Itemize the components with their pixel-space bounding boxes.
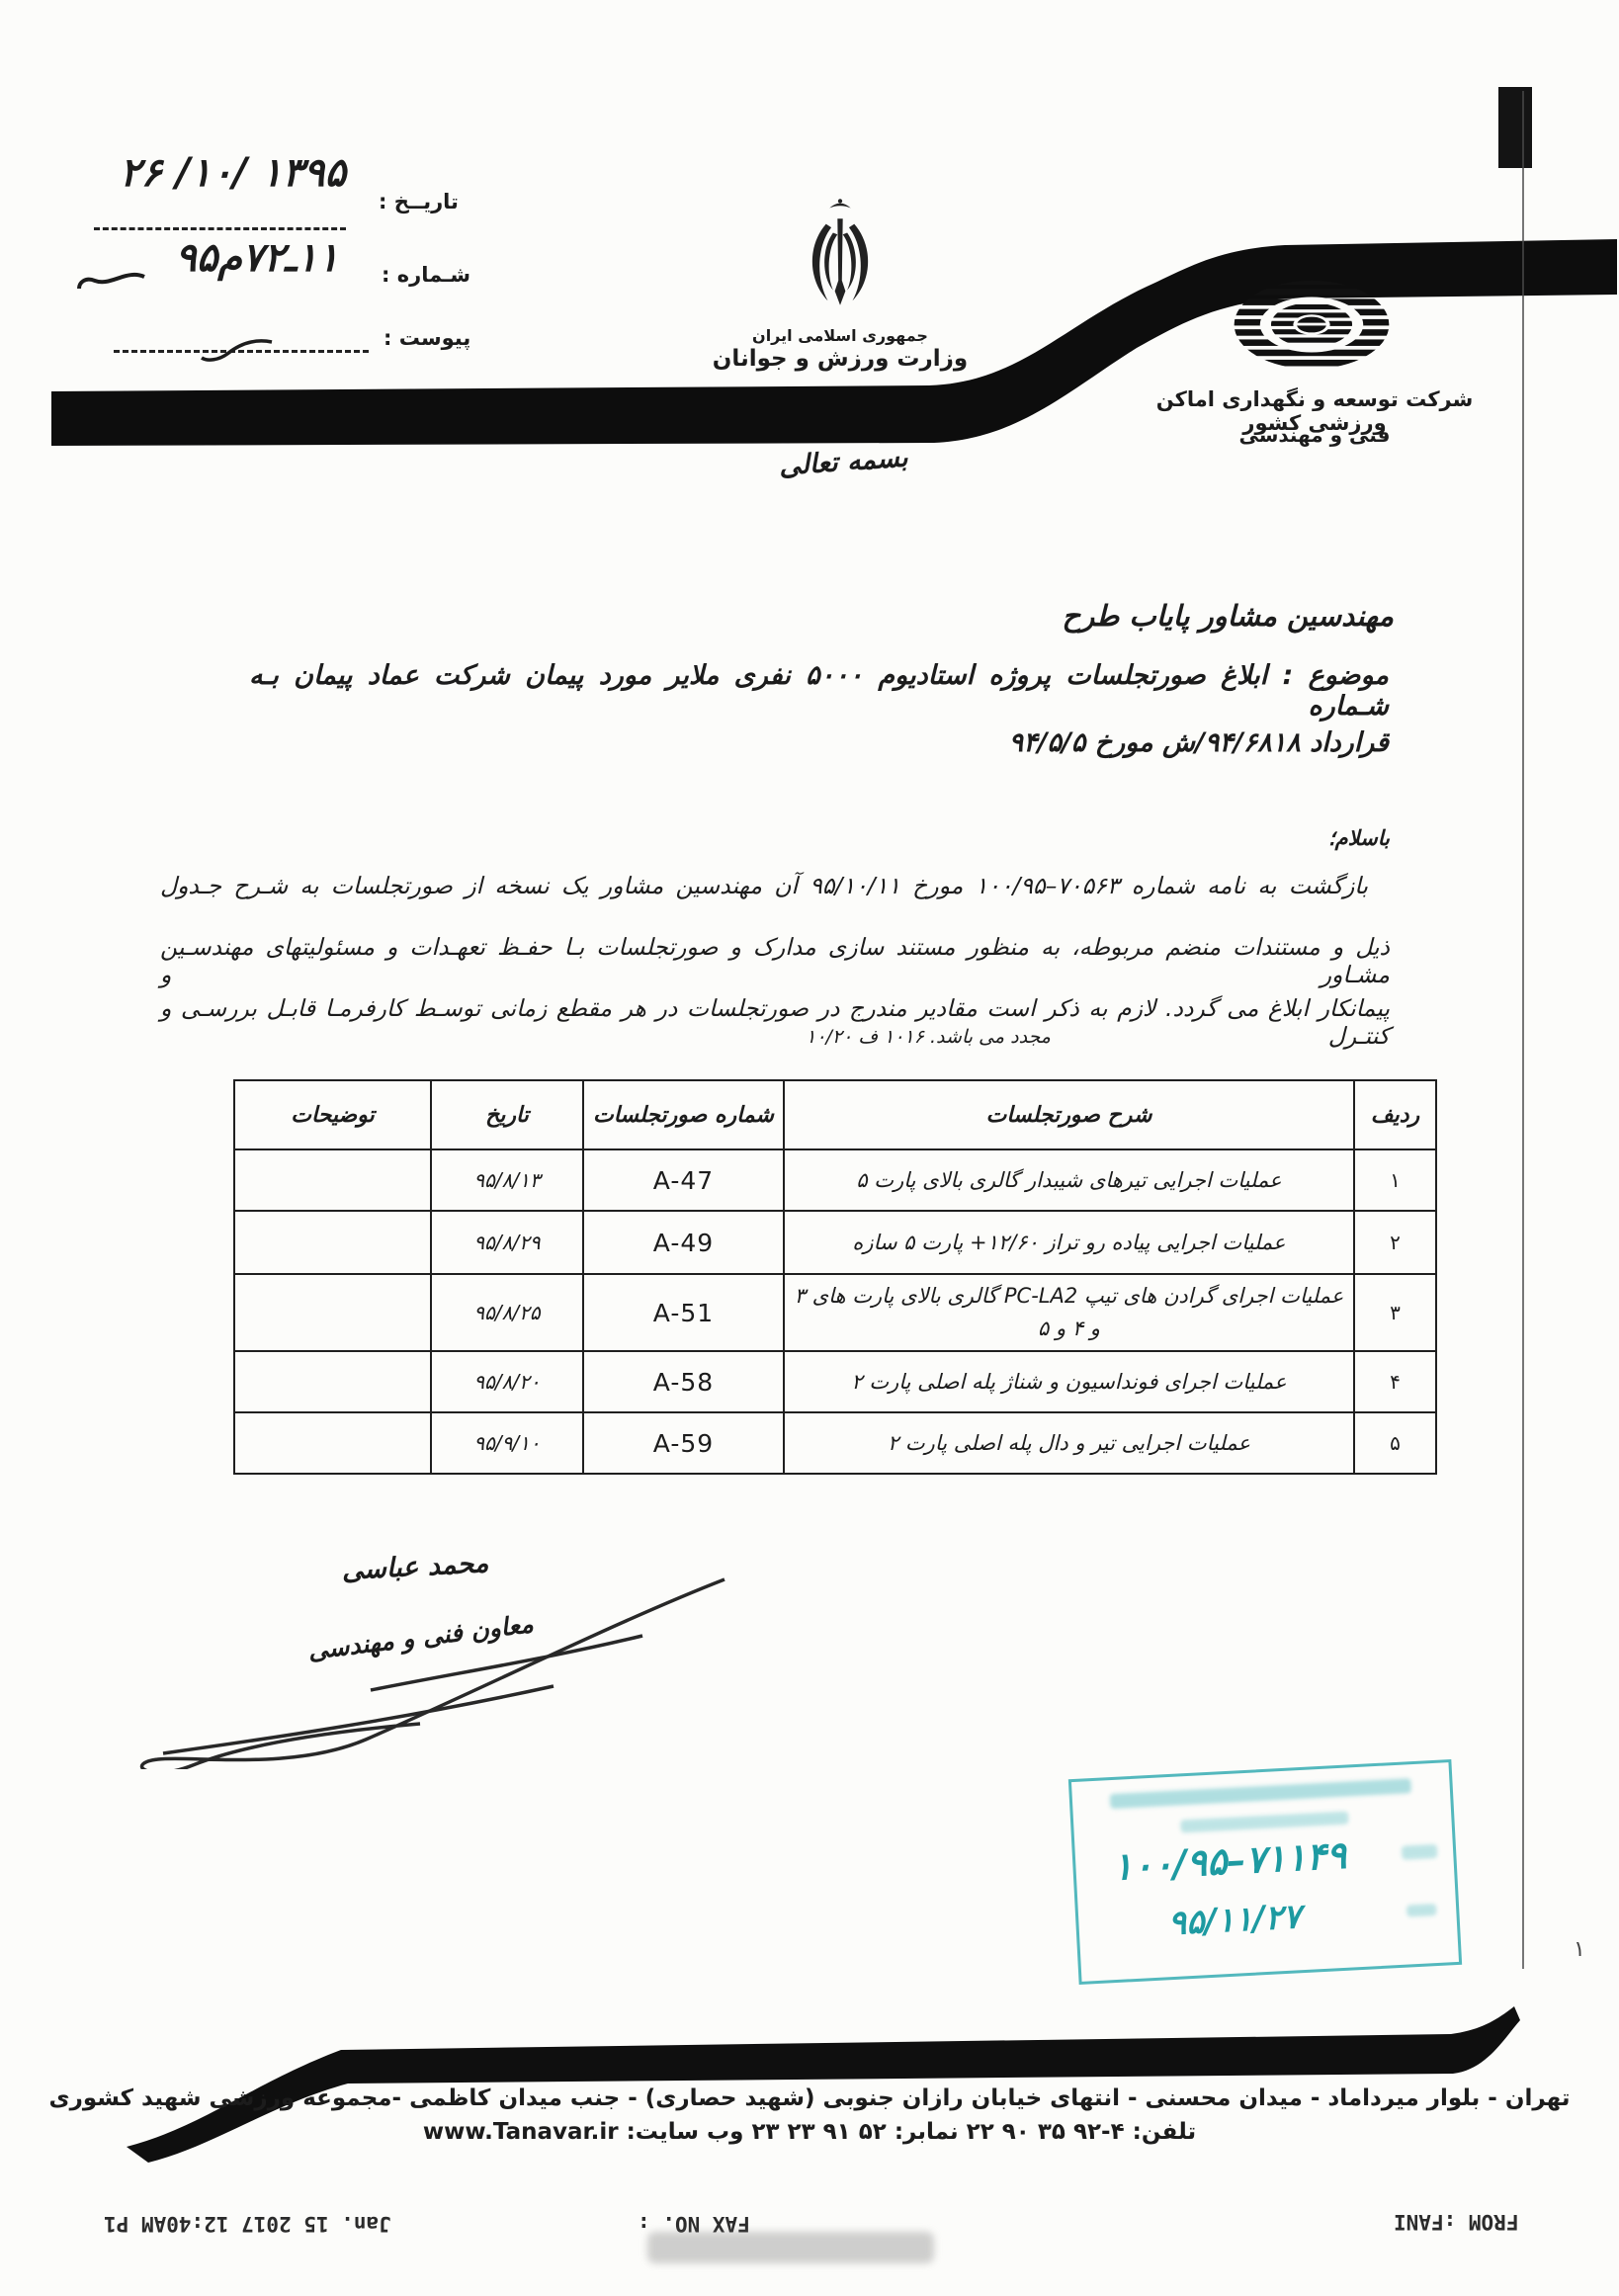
table-header-row: ردیف شرح صورتجلسات شماره صورتجلسات تاریخ… [234,1080,1436,1149]
salutation: باسلام؛ [1186,826,1390,850]
cell-notes [234,1351,431,1412]
page-number-mark: ۱ [1574,1937,1585,1962]
recipient-line: مهندسین مشاور پایاب طرح [988,599,1394,633]
fax-timestamp-text: Jan. 15 2017 12:40AM P1 [104,2212,391,2236]
table-row: ۳ عملیات اجرای گرادن های تیپ PC-LA2 گالر… [234,1274,1436,1351]
cell-minutes-no: A-49 [583,1211,784,1274]
cell-date: ۹۵/۸/۱۳ [431,1149,583,1211]
cell-description: عملیات اجرایی پیاده رو تراز ۱۲/۶۰+ پارت … [784,1211,1354,1274]
gov-line-ministry: وزارت ورزش و جوانان [700,346,980,372]
company-dept-line: فنی و مهندسی [1214,423,1415,447]
col-header-index: ردیف [1354,1080,1436,1149]
stamp-faint-text-line [1180,1812,1348,1833]
cell-description: عملیات اجرای گرادن های تیپ PC-LA2 گالری … [784,1274,1354,1351]
cell-minutes-no: A-51 [583,1274,784,1351]
scan-smudge [647,2232,934,2263]
table-row: ۵ عملیات اجرایی تیر و دال پله اصلی پارت … [234,1412,1436,1474]
fax-timestamp: Jan. 15 2017 12:40AM P1 [104,2212,391,2236]
cell-index: ۱ [1354,1149,1436,1211]
cell-description: عملیات اجرایی تیر و دال پله اصلی پارت ۲ [784,1412,1354,1474]
stamp-date: ۹۵/۱۱/۲۷ [1118,1895,1352,1946]
body-line-1: بازگشت به نامه شماره ۷۰۵۶۳–۱۰۰/۹۵ مورخ ۹… [160,872,1368,899]
scan-edge-black-bar [1498,87,1532,168]
cell-index: ۴ [1354,1351,1436,1412]
body-line-4: مجدد می باشد. ۱۰۱۶ ف ۱۰/۲۰ [552,1026,1051,1048]
iran-emblem-icon [794,196,887,328]
cell-notes [234,1274,431,1351]
footer-address: تهران - بلوار میرداماد - میدان محسنی - ا… [0,2085,1619,2111]
signature-scrawl [104,1542,736,1769]
body-line-2: ذیل و مستندات منضم مربوطه، به منظور مستن… [160,933,1390,988]
cell-date: ۹۵/۹/۱۰ [431,1412,583,1474]
col-header-minutes-no: شماره صورتجلسات [583,1080,784,1149]
cell-index: ۵ [1354,1412,1436,1474]
company-logo-icon [1229,277,1395,373]
cell-minutes-no: A-47 [583,1149,784,1211]
footer-contacts: تلفن: ۴-۹۲ ۳۵ ۹۰ ۲۲ نمابر: ۵۲ ۹۱ ۲۳ ۲۳ و… [0,2119,1619,2145]
fax-from-text: FROM :FANI [1394,2210,1518,2234]
cell-notes [234,1412,431,1474]
col-header-notes: توضیحات [234,1080,431,1149]
scanned-letter-page: تاریــخ : ۱۳۹۵ /۱۰/ ۲۶ شـماره : ۱۱ـ۷۲م۹۵… [0,0,1619,2296]
cell-notes [234,1211,431,1274]
cell-index: ۳ [1354,1274,1436,1351]
stamp-faint-date-label [1406,1904,1437,1917]
stamp-ref-number: ۷۱۱۴۹–۱۰۰/۹۵ [1082,1831,1376,1890]
cell-date: ۹۵/۸/۲۹ [431,1211,583,1274]
subject-line-1: موضوع : ابلاغ صورتجلسات پروژه استادیوم ۵… [249,660,1389,722]
fax-from-label: FROM :FANI [1394,2210,1518,2234]
cell-description: عملیات اجرای فونداسیون و شناژ پله اصلی پ… [784,1351,1354,1412]
stamp-faint-text-line [1110,1778,1411,1809]
stamp-faint-number-label [1402,1844,1438,1860]
minutes-table: ردیف شرح صورتجلسات شماره صورتجلسات تاریخ… [233,1079,1437,1475]
cell-date: ۹۵/۸/۲۰ [431,1351,583,1412]
subject-line-2: قرارداد ۹۴/۶۸۱۸/ش مورخ ۹۴/۵/۵ [791,727,1389,758]
cell-minutes-no: A-58 [583,1351,784,1412]
cell-minutes-no: A-59 [583,1412,784,1474]
cell-notes [234,1149,431,1211]
table-row: ۲ عملیات اجرایی پیاده رو تراز ۱۲/۶۰+ پار… [234,1211,1436,1274]
scan-edge-vertical-line [1522,91,1524,1969]
secretariat-stamp: ۷۱۱۴۹–۱۰۰/۹۵ ۹۵/۱۱/۲۷ [1068,1759,1462,1985]
cell-index: ۲ [1354,1211,1436,1274]
col-header-description: شرح صورتجلسات [784,1080,1354,1149]
table-row: ۱ عملیات اجرایی تیرهای شیبدار گالری بالا… [234,1149,1436,1211]
cell-date: ۹۵/۸/۲۵ [431,1274,583,1351]
table-row: ۴ عملیات اجرای فونداسیون و شناژ پله اصلی… [234,1351,1436,1412]
gov-line-republic: جمهوری اسلامی ایران [720,326,961,345]
cell-description: عملیات اجرایی تیرهای شیبدار گالری بالای … [784,1149,1354,1211]
col-header-date: تاریخ [431,1080,583,1149]
